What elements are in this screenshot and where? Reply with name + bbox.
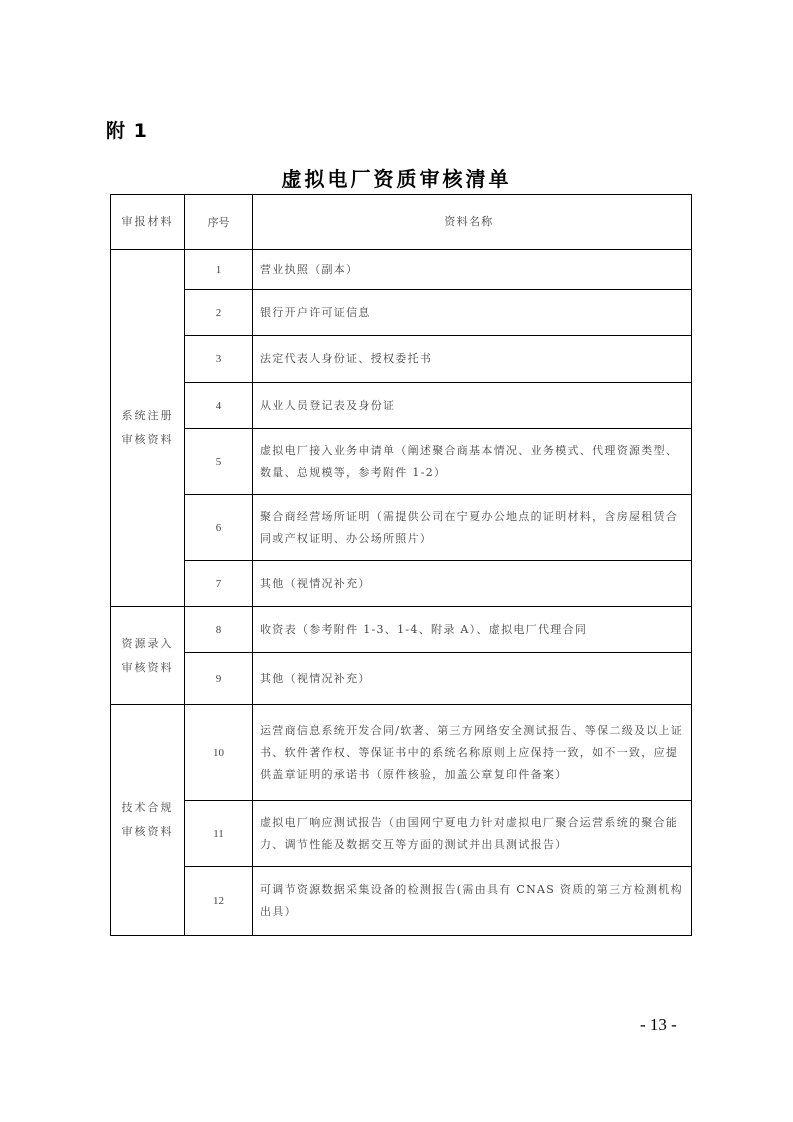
row-material-name: 虚拟电厂接入业务申请单（阐述聚合商基本情况、业务模式、代理资源类型、数量、总规模…	[253, 429, 692, 495]
row-material-name: 收资表（参考附件 1-3、1-4、附录 A）、虚拟电厂代理合同	[253, 607, 692, 653]
row-number: 8	[185, 607, 253, 653]
page-title: 虚拟电厂资质审核清单	[0, 163, 793, 192]
category-line: 审核资料	[111, 820, 184, 844]
category-line: 审核资料	[111, 428, 184, 452]
category-cell-technical-compliance: 技术合规 审核资料	[111, 705, 185, 936]
row-number: 7	[185, 561, 253, 607]
row-material-name: 从业人员登记表及身份证	[253, 383, 692, 429]
category-line: 系统注册	[111, 404, 184, 428]
row-material-name: 虚拟电厂响应测试报告（由国网宁夏电力针对虚拟电厂聚合运营系统的聚合能力、调节性能…	[253, 801, 692, 867]
category-line: 审核资料	[111, 656, 184, 680]
row-number: 9	[185, 653, 253, 705]
row-number: 4	[185, 383, 253, 429]
table-row: 2 银行开户许可证信息	[111, 290, 692, 336]
row-material-name: 可调节资源数据采集设备的检测报告(需由具有 CNAS 资质的第三方检测机构出具）	[253, 867, 692, 936]
table-row: 12 可调节资源数据采集设备的检测报告(需由具有 CNAS 资质的第三方检测机构…	[111, 867, 692, 936]
table-row: 5 虚拟电厂接入业务申请单（阐述聚合商基本情况、业务模式、代理资源类型、数量、总…	[111, 429, 692, 495]
category-line: 技术合规	[111, 796, 184, 820]
header-category: 审报材料	[111, 195, 185, 250]
row-material-name: 营业执照（副本）	[253, 250, 692, 290]
table-row: 技术合规 审核资料 10 运营商信息系统开发合同/软著、第三方网络安全测试报告、…	[111, 705, 692, 801]
row-number: 6	[185, 495, 253, 561]
row-number: 12	[185, 867, 253, 936]
table-row: 3 法定代表人身份证、授权委托书	[111, 336, 692, 383]
qualification-checklist-table: 审报材料 序号 资料名称 系统注册 审核资料 1 营业执照（副本） 2 银行开户…	[110, 194, 692, 936]
row-material-name: 其他（视情况补充）	[253, 561, 692, 607]
row-number: 11	[185, 801, 253, 867]
table-header-row: 审报材料 序号 资料名称	[111, 195, 692, 250]
row-material-name: 聚合商经营场所证明（需提供公司在宁夏办公地点的证明材料，含房屋租赁合同或产权证明…	[253, 495, 692, 561]
annex-label: 附 1	[106, 116, 148, 143]
row-material-name: 其他（视情况补充）	[253, 653, 692, 705]
table-row: 7 其他（视情况补充）	[111, 561, 692, 607]
category-cell-system-registration: 系统注册 审核资料	[111, 250, 185, 607]
row-number: 3	[185, 336, 253, 383]
category-line: 资源录入	[111, 632, 184, 656]
row-number: 5	[185, 429, 253, 495]
row-material-name: 法定代表人身份证、授权委托书	[253, 336, 692, 383]
table-row: 9 其他（视情况补充）	[111, 653, 692, 705]
page-number: - 13 -	[640, 1015, 677, 1035]
table-row: 4 从业人员登记表及身份证	[111, 383, 692, 429]
row-material-name: 银行开户许可证信息	[253, 290, 692, 336]
table-row: 11 虚拟电厂响应测试报告（由国网宁夏电力针对虚拟电厂聚合运营系统的聚合能力、调…	[111, 801, 692, 867]
table-row: 6 聚合商经营场所证明（需提供公司在宁夏办公地点的证明材料，含房屋租赁合同或产权…	[111, 495, 692, 561]
table-row: 资源录入 审核资料 8 收资表（参考附件 1-3、1-4、附录 A）、虚拟电厂代…	[111, 607, 692, 653]
row-number: 1	[185, 250, 253, 290]
row-number: 2	[185, 290, 253, 336]
header-number: 序号	[185, 195, 253, 250]
table-row: 系统注册 审核资料 1 营业执照（副本）	[111, 250, 692, 290]
header-material-name: 资料名称	[253, 195, 692, 250]
category-cell-resource-entry: 资源录入 审核资料	[111, 607, 185, 705]
row-material-name: 运营商信息系统开发合同/软著、第三方网络安全测试报告、等保二级及以上证书、软件著…	[253, 705, 692, 801]
row-number: 10	[185, 705, 253, 801]
